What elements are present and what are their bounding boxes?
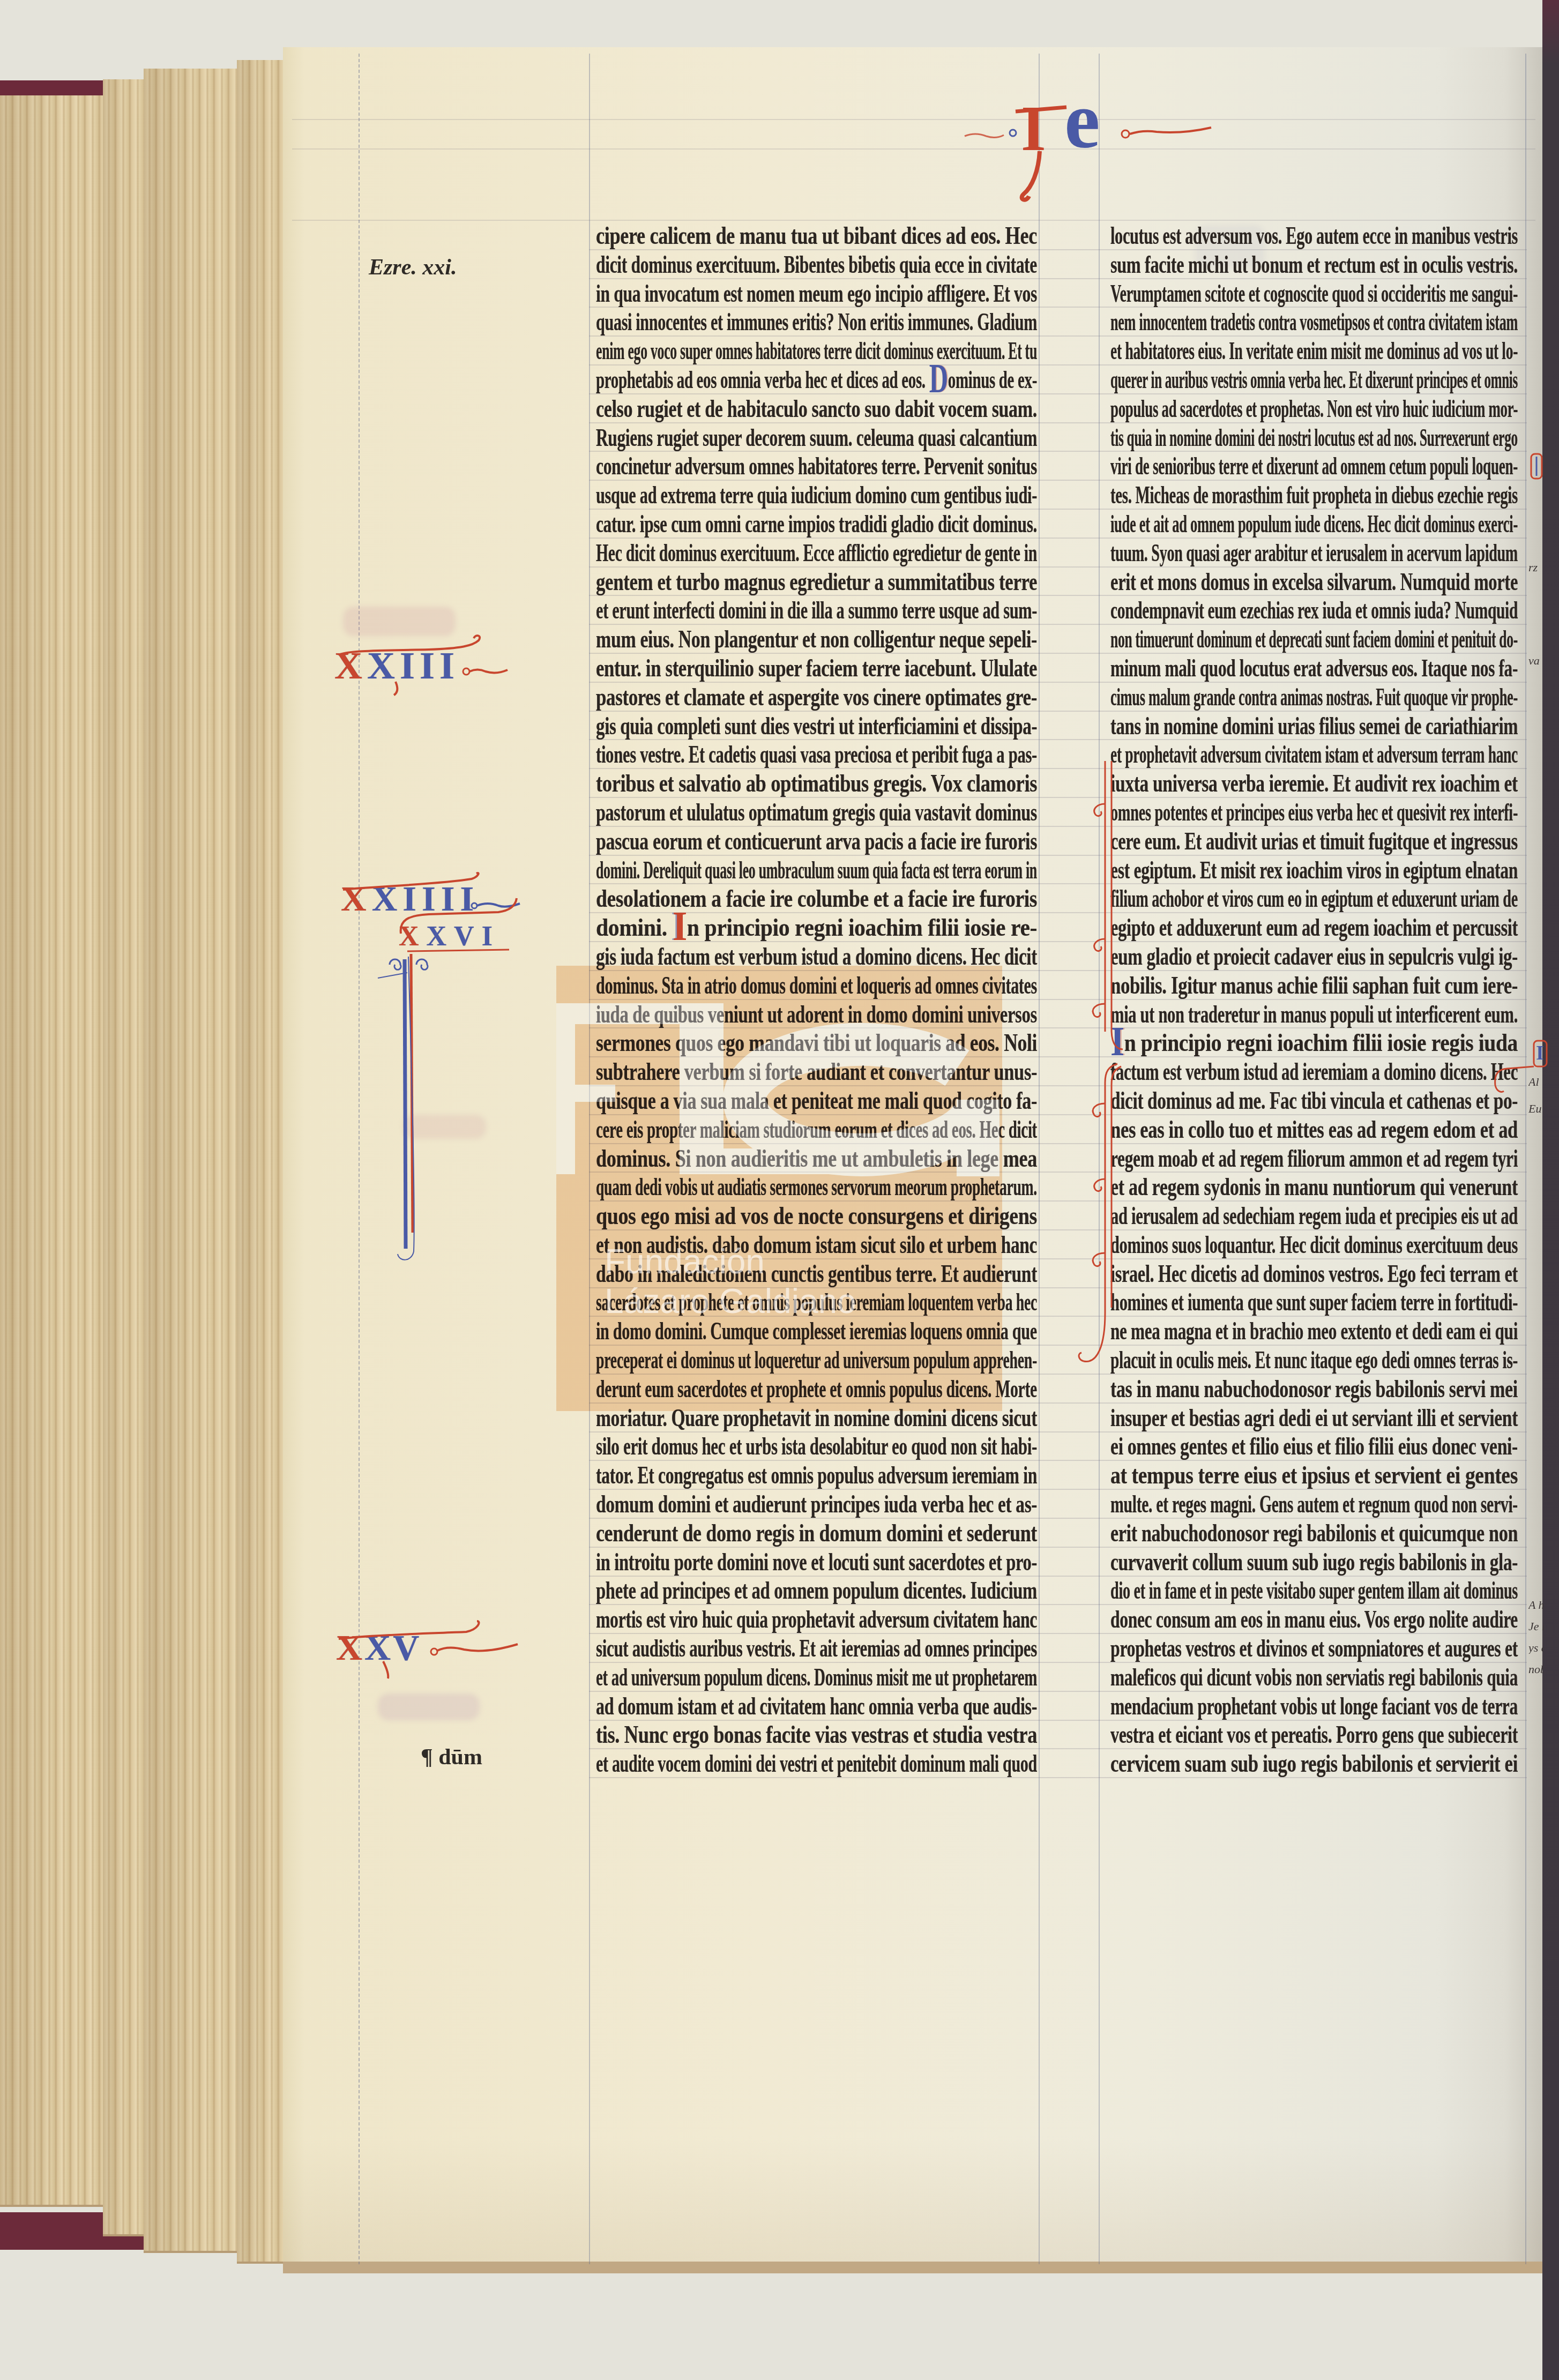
- text-line: Rugiens rugiet super decorem suum. celeu…: [596, 423, 1037, 452]
- line-text: Hec dicit dominus exercituum. Ecce affli…: [596, 539, 1037, 568]
- text-line: derunt eum sacerdotes et prophete et omn…: [596, 1375, 1037, 1404]
- line-text: domini. Dereliquit quasi leo umbraculum …: [596, 856, 1037, 885]
- text-line: tiones vestre. Et cadetis quasi vasa pre…: [596, 740, 1037, 769]
- text-line: prophetabis ad eos omnia verba hec et di…: [596, 365, 1037, 394]
- line-text: ad domum istam et ad civitatem hanc omni…: [596, 1692, 1037, 1721]
- text-line: domini. Dereliquit quasi leo umbraculum …: [596, 856, 1037, 885]
- text-line: dicit dominus exercituum. Bibentes bibet…: [596, 250, 1037, 279]
- line-text-post: ominus de ex-: [948, 366, 1037, 393]
- line-text: nes eas in collo tuo et mittes eas ad re…: [1110, 1115, 1518, 1144]
- line-text: mortis est viro huic quia prophetavit ad…: [596, 1605, 1037, 1634]
- text-line: moriatur. Quare prophetavit in nomine do…: [596, 1404, 1037, 1433]
- line-text: et erunt interfecti domini in die illa a…: [596, 596, 1037, 625]
- text-line: donec consum am eos in manu eius. Vos er…: [1110, 1605, 1518, 1634]
- text-line: homines et iumenta que sunt super faciem…: [1110, 1288, 1518, 1317]
- line-text: usque ad extrema terre quia iudicium dom…: [596, 481, 1037, 510]
- line-text: donec consum am eos in manu eius. Vos er…: [1110, 1605, 1518, 1634]
- text-line: in qua invocatum est nomen meum ego inci…: [596, 279, 1037, 308]
- line-text: sermones quos ego mandavi tibi ut loquar…: [596, 1028, 1037, 1057]
- text-line: enim ego voco super omnes habitatores te…: [596, 337, 1037, 365]
- line-text: quisque a via sua mala et peniteat me ma…: [596, 1086, 1037, 1115]
- line-text-post: n principio regni ioachim filii iosie re…: [687, 914, 1037, 941]
- margin-note: A hos: [1528, 1599, 1543, 1611]
- line-text: In principio regni ioachim filii iosie r…: [1110, 1028, 1518, 1057]
- margin-note-cross-reference: Ezre. xxi.: [369, 256, 457, 279]
- line-text: homines et iumenta que sunt super faciem…: [1110, 1288, 1518, 1317]
- text-line: iude et ait ad omnem populum iude dicens…: [1110, 510, 1518, 539]
- text-line: et erunt interfecti domini in die illa a…: [596, 596, 1037, 625]
- line-text: populus ad sacerdotes et prophetas. Non …: [1110, 394, 1518, 423]
- text-line: at tempus terre eius et ipsius et servie…: [1110, 1461, 1518, 1490]
- line-text: erit et mons domus in excelsa silvarum. …: [1110, 568, 1518, 596]
- text-line: subtrahere verbum si forte audiant et co…: [596, 1057, 1037, 1086]
- text-line: ad ierusalem ad sedechiam regem iuda et …: [1110, 1202, 1518, 1230]
- line-text: iude et ait ad omnem populum iude dicens…: [1110, 510, 1518, 539]
- ruling-line: [359, 54, 360, 2264]
- line-text: maleficos qui dicunt vobis non serviatis…: [1110, 1663, 1518, 1692]
- line-text: catur. ipse cum omni carne impios tradid…: [596, 510, 1037, 539]
- line-text: tis quia in nomine domini dei nostri loc…: [1110, 423, 1518, 452]
- line-text: iuda de quibus veniunt ut adorent in dom…: [596, 1000, 1037, 1029]
- line-text: moriatur. Quare prophetavit in nomine do…: [596, 1404, 1037, 1433]
- text-line: tis. Nunc ergo bonas facite vias vestras…: [596, 1720, 1037, 1749]
- line-text: et prophetavit adversum civitatem istam …: [1110, 740, 1518, 769]
- text-line: erit nabuchodonosor regi babilonis et qu…: [1110, 1519, 1518, 1548]
- line-text: tiones vestre. Et cadetis quasi vasa pre…: [596, 740, 1037, 769]
- line-text: sicut audistis auribus vestris. Et ait i…: [596, 1634, 1037, 1663]
- margin-note: Eu: [1528, 1103, 1543, 1115]
- margin-note: Al: [1528, 1076, 1543, 1088]
- line-text: viri de senioribus terre et dixerunt ad …: [1110, 452, 1518, 481]
- line-text: filium achobor et viros cum eo in egiptu…: [1110, 884, 1518, 913]
- line-text: ne mea magna et in brachio meo extento e…: [1110, 1317, 1518, 1346]
- line-text: preceperat ei dominus ut loqueretur ad u…: [596, 1346, 1037, 1375]
- line-text: derunt eum sacerdotes et prophete et omn…: [596, 1375, 1037, 1404]
- text-line: sicut audistis auribus vestris. Et ait i…: [596, 1634, 1037, 1663]
- text-line: phete ad principes et ad omnem populum d…: [596, 1576, 1037, 1605]
- line-text: nobilis. Igitur manus achie filii saphan…: [1110, 971, 1518, 1000]
- text-line: nes eas in collo tuo et mittes eas ad re…: [1110, 1115, 1518, 1144]
- text-line: cere eis propter maliciam studiorum eoru…: [596, 1115, 1037, 1144]
- text-line: pastorum et ululatus optimatum gregis qu…: [596, 798, 1037, 827]
- line-text: cervicem suam sub iugo regis babilonis e…: [1110, 1749, 1518, 1778]
- line-text: regem moab et ad regem filiorum ammon et…: [1110, 1144, 1518, 1173]
- paragraph-marker: I: [1536, 1043, 1551, 1063]
- text-line: domum domini et audierunt principes iuda…: [596, 1490, 1037, 1519]
- text-line: usque ad extrema terre quia iudicium dom…: [596, 481, 1037, 510]
- line-text: Rugiens rugiet super decorem suum. celeu…: [596, 423, 1037, 452]
- line-text: quam dedi vobis ut audiatis sermones ser…: [596, 1173, 1037, 1202]
- line-text: cere eum. Et audivit urias et timuit fug…: [1110, 827, 1518, 856]
- margin-note: ys ca: [1528, 1642, 1543, 1654]
- page-stack-edge: [0, 95, 103, 2207]
- line-text: non timuerunt dominum et deprecati sunt …: [1110, 625, 1518, 654]
- line-text: tator. Et congregatus est omnis populus …: [596, 1461, 1037, 1490]
- text-line: quam dedi vobis ut audiatis sermones ser…: [596, 1173, 1037, 1202]
- text-line: non timuerunt dominum et deprecati sunt …: [1110, 625, 1518, 654]
- line-text: phete ad principes et ad omnem populum d…: [596, 1576, 1037, 1605]
- text-line: cervicem suam sub iugo regis babilonis e…: [1110, 1749, 1518, 1778]
- line-text: in introitu porte domini nove et locuti …: [596, 1548, 1037, 1577]
- line-text: et habitatores eius. In veritate enim mi…: [1110, 337, 1518, 365]
- chapter-marker-xxiii: XXIII: [334, 646, 459, 685]
- line-text: nem innocentem tradetis contra vosmetips…: [1110, 308, 1518, 337]
- page-stack-edge: [237, 60, 285, 2264]
- line-text: gis iuda factum est verbum istud a domin…: [596, 942, 1037, 971]
- line-text: domum domini et audierunt principes iuda…: [596, 1490, 1037, 1519]
- text-line: In principio regni ioachim filii iosie r…: [1110, 1028, 1518, 1057]
- line-text: egipto et adduxerunt eum ad regem ioachi…: [1110, 913, 1518, 942]
- catchword: ¶ dūm: [421, 1746, 482, 1769]
- text-line: et habitatores eius. In veritate enim mi…: [1110, 337, 1518, 365]
- line-text: minum mali quod locutus erat adversus eo…: [1110, 654, 1518, 683]
- line-text: querer in auribus vestris omnia verba he…: [1110, 365, 1518, 394]
- text-line: iuda de quibus veniunt ut adorent in dom…: [596, 1000, 1037, 1029]
- text-line: et prophetavit adversum civitatem istam …: [1110, 740, 1518, 769]
- line-text: at tempus terre eius et ipsius et servie…: [1110, 1461, 1518, 1490]
- text-line: gis iuda factum est verbum istud a domin…: [596, 942, 1037, 971]
- line-text: pascua eorum et conticuerunt arva pacis …: [596, 827, 1037, 856]
- line-text: mum eius. Non plangentur et non colligen…: [596, 625, 1037, 654]
- text-line: est egiptum. Et misit rex ioachim viros …: [1110, 856, 1518, 885]
- text-line: Hec dicit dominus exercituum. Ecce affli…: [596, 539, 1037, 568]
- line-text: Verumptamen scitote et cognoscite quod s…: [1110, 279, 1518, 308]
- line-text: concinetur adversum omnes habitatores te…: [596, 452, 1037, 481]
- line-text: tans in nomine domini urias filius semei…: [1110, 712, 1518, 741]
- text-line: vestra et eiciant vos et pereatis. Porro…: [1110, 1720, 1518, 1749]
- show-through-mark: [343, 607, 456, 636]
- line-text: dio et in fame et in peste visitabo supe…: [1110, 1576, 1518, 1605]
- chapter-marker-xxv: XXV: [336, 1629, 421, 1666]
- watermark-text-line-1: Fundación: [605, 1244, 765, 1279]
- line-text: est egiptum. Et misit rex ioachim viros …: [1110, 856, 1518, 885]
- ruling-line: [292, 220, 1535, 221]
- text-line: prophetas vestros et divinos et sompniat…: [1110, 1634, 1518, 1663]
- text-line: locutus est adversum vos. Ego autem ecce…: [1110, 221, 1518, 250]
- line-text: prophetabis ad eos omnia verba hec et di…: [596, 365, 1037, 394]
- text-line: multe. et reges magni. Gens autem et reg…: [1110, 1490, 1518, 1519]
- chapter-marker-xxvi: XXVI: [399, 923, 500, 951]
- text-line: cipere calicem de manu tua ut bibant dic…: [596, 221, 1037, 250]
- text-line: toribus et salvatio ab optimatibus gregi…: [596, 769, 1037, 798]
- text-line: pascua eorum et conticuerunt arva pacis …: [596, 827, 1037, 856]
- text-line: ei omnes gentes et filio eius et filio f…: [1110, 1432, 1518, 1461]
- chapter-marker-xxiiii: XXIIII: [341, 882, 479, 917]
- margin-note: Je hec: [1528, 1621, 1543, 1632]
- line-text: prophetas vestros et divinos et sompniat…: [1110, 1634, 1518, 1663]
- text-line: filium achobor et viros cum eo in egiptu…: [1110, 884, 1518, 913]
- margin-note: va: [1528, 655, 1543, 667]
- text-line: regem moab et ad regem filiorum ammon et…: [1110, 1144, 1518, 1173]
- text-line: et audite vocem domini dei vestri et pen…: [596, 1749, 1037, 1778]
- line-text: toribus et salvatio ab optimatibus gregi…: [596, 769, 1037, 798]
- line-text: cimus malum grande contra animas nostras…: [1110, 683, 1518, 712]
- text-line: tis quia in nomine domini dei nostri loc…: [1110, 423, 1518, 452]
- text-line: omnes potentes et principes eius verba h…: [1110, 798, 1518, 827]
- line-text: tuum. Syon quasi ager arabitur et ierusa…: [1110, 539, 1518, 568]
- text-line: domini. In principio regni ioachim filii…: [596, 913, 1037, 942]
- margin-note: rz: [1528, 562, 1543, 573]
- book-spine-edge: [1542, 0, 1559, 2380]
- text-line: ad domum istam et ad civitatem hanc omni…: [596, 1692, 1037, 1721]
- line-text: celso rugiet et de habitaculo sancto suo…: [596, 394, 1037, 423]
- line-text: cere eis propter maliciam studiorum eoru…: [596, 1115, 1037, 1144]
- text-line: in domo domini. Cumque complesset ieremi…: [596, 1317, 1037, 1346]
- text-line: tans in nomine domini urias filius semei…: [1110, 712, 1518, 741]
- text-line: quos ego misi ad vos de nocte consurgens…: [596, 1202, 1037, 1230]
- line-text: sum facite michi ut bonum et rectum est …: [1110, 250, 1518, 279]
- text-line: tator. Et congregatus est omnis populus …: [596, 1461, 1037, 1490]
- text-line: Verumptamen scitote et cognoscite quod s…: [1110, 279, 1518, 308]
- line-text: dominus. Sta in atrio domus domini et lo…: [596, 971, 1037, 1000]
- line-text: silo erit domus hec et urbs ista desolab…: [596, 1432, 1037, 1461]
- line-text: locutus est adversum vos. Ego autem ecce…: [1110, 221, 1518, 250]
- text-line: quasi innocentes et immunes eritis? Non …: [596, 308, 1037, 337]
- ruling-line: [292, 119, 1535, 120]
- line-text: ei omnes gentes et filio eius et filio f…: [1110, 1432, 1518, 1461]
- show-through-mark: [378, 1693, 480, 1720]
- text-line: ne mea magna et in brachio meo extento e…: [1110, 1317, 1518, 1346]
- text-line: dominos suos loquantur. Hec dicit dominu…: [1110, 1230, 1518, 1259]
- line-text: cenderunt de domo regis in domum domini …: [596, 1519, 1037, 1548]
- text-line: concinetur adversum omnes habitatores te…: [596, 452, 1037, 481]
- text-line: in introitu porte domini nove et locuti …: [596, 1548, 1037, 1577]
- text-column-1: cipere calicem de manu tua ut bibant dic…: [596, 221, 1037, 1778]
- line-text: et audite vocem domini dei vestri et pen…: [596, 1749, 1037, 1778]
- text-line: cenderunt de domo regis in domum domini …: [596, 1519, 1037, 1548]
- text-line: maleficos qui dicunt vobis non serviatis…: [1110, 1663, 1518, 1692]
- line-text: in qua invocatum est nomen meum ego inci…: [596, 279, 1037, 308]
- text-line: preceperat ei dominus ut loqueretur ad u…: [596, 1346, 1037, 1375]
- line-text: ad ierusalem ad sedechiam regem iuda et …: [1110, 1202, 1518, 1230]
- text-line: desolationem a facie ire columbe et a fa…: [596, 884, 1037, 913]
- text-line: dominus. Si non audieritis me ut ambulet…: [596, 1144, 1037, 1173]
- binding-top: [0, 80, 105, 96]
- show-through-mark: [403, 1115, 486, 1139]
- text-line: erit et mons domus in excelsa silvarum. …: [1110, 568, 1518, 596]
- line-text: insuper et bestias agri dedi ei ut servi…: [1110, 1404, 1518, 1433]
- text-line: et ad universum populum dicens. Dominus …: [596, 1663, 1037, 1692]
- text-line: minum mali quod locutus erat adversus eo…: [1110, 654, 1518, 683]
- line-text: tis. Nunc ergo bonas facite vias vestras…: [596, 1720, 1037, 1749]
- text-line: sermones quos ego mandavi tibi ut loquar…: [596, 1028, 1037, 1057]
- line-text: domini. In principio regni ioachim filii…: [596, 913, 1037, 942]
- text-line: pastores et clamate et aspergite vos cin…: [596, 683, 1037, 712]
- line-text: in domo domini. Cumque complesset ieremi…: [596, 1317, 1037, 1346]
- text-line: eum gladio et proiecit cadaver eius in s…: [1110, 942, 1518, 971]
- text-line: iuxta universa verba ieremie. Et audivit…: [1110, 769, 1518, 798]
- ruling-line: [292, 148, 1535, 150]
- text-line: tuum. Syon quasi ager arabitur et ierusa…: [1110, 539, 1518, 568]
- text-column-2: locutus est adversum vos. Ego autem ecce…: [1110, 221, 1518, 1778]
- text-line: mia ut non traderetur in manus populi ut…: [1110, 1000, 1518, 1029]
- page-stack-edge: [103, 79, 144, 2236]
- line-text: pastores et clamate et aspergite vos cin…: [596, 683, 1037, 712]
- line-text: dominus. Si non audieritis me ut ambulet…: [596, 1144, 1037, 1173]
- running-header-letter-e: e: [1064, 80, 1100, 161]
- text-line: tas in manu nabuchodonosor regis babilon…: [1110, 1375, 1518, 1404]
- line-text: dicit dominus ad me. Fac tibi vincula et…: [1110, 1086, 1518, 1115]
- line-text: enim ego voco super omnes habitatores te…: [596, 337, 1037, 365]
- text-line: egipto et adduxerunt eum ad regem ioachi…: [1110, 913, 1518, 942]
- line-text: dominos suos loquantur. Hec dicit dominu…: [1110, 1230, 1518, 1259]
- line-text: israel. Hec dicetis ad dominos vestros. …: [1110, 1259, 1518, 1288]
- line-text: tes. Micheas de morasthim fuit propheta …: [1110, 481, 1518, 510]
- text-line: sum facite michi ut bonum et rectum est …: [1110, 250, 1518, 279]
- text-line: tes. Micheas de morasthim fuit propheta …: [1110, 481, 1518, 510]
- text-line: mendacium prophetant vobis ut longe faci…: [1110, 1692, 1518, 1721]
- line-text: vestra et eiciant vos et pereatis. Porro…: [1110, 1720, 1518, 1749]
- line-text: subtrahere verbum si forte audiant et co…: [596, 1057, 1037, 1086]
- text-line: querer in auribus vestris omnia verba he…: [1110, 365, 1518, 394]
- line-text: condempnavit eum ezechias rex iuda et om…: [1110, 596, 1518, 625]
- line-text: et ad regem sydonis in manu nuntiorum qu…: [1110, 1173, 1518, 1202]
- text-line: quisque a via sua mala et peniteat me ma…: [596, 1086, 1037, 1115]
- line-text: gis quia completi sunt dies vestri ut in…: [596, 712, 1037, 741]
- text-line: catur. ipse cum omni carne impios tradid…: [596, 510, 1037, 539]
- margin-note: nob s: [1528, 1663, 1543, 1675]
- line-text: et ad universum populum dicens. Dominus …: [596, 1663, 1037, 1692]
- text-line: cimus malum grande contra animas nostras…: [1110, 683, 1518, 712]
- line-text: quasi innocentes et immunes eritis? Non …: [596, 308, 1037, 337]
- text-line: entur. in sterquilinio super faciem terr…: [596, 654, 1037, 683]
- line-text: quos ego misi ad vos de nocte consurgens…: [596, 1202, 1037, 1230]
- line-text: mia ut non traderetur in manus populi ut…: [1110, 1000, 1518, 1029]
- text-line: et ad regem sydonis in manu nuntiorum qu…: [1110, 1173, 1518, 1202]
- text-line: celso rugiet et de habitaculo sancto suo…: [596, 394, 1037, 423]
- line-text: cipere calicem de manu tua ut bibant dic…: [596, 221, 1037, 250]
- line-text: iuxta universa verba ieremie. Et audivit…: [1110, 769, 1518, 798]
- text-line: nobilis. Igitur manus achie filii saphan…: [1110, 971, 1518, 1000]
- text-line: israel. Hec dicetis ad dominos vestros. …: [1110, 1259, 1518, 1288]
- line-text: desolationem a facie ire columbe et a fa…: [596, 884, 1037, 913]
- line-text: multe. et reges magni. Gens autem et reg…: [1110, 1490, 1518, 1519]
- line-text: gentem et turbo magnus egredietur a summ…: [596, 568, 1037, 596]
- text-line: nem innocentem tradetis contra vosmetips…: [1110, 308, 1518, 337]
- text-line: condempnavit eum ezechias rex iuda et om…: [1110, 596, 1518, 625]
- line-text-pre: prophetabis ad eos omnia verba hec et di…: [596, 366, 926, 393]
- text-line: curvaverit collum suum sub iugo regis ba…: [1110, 1548, 1518, 1577]
- line-text: placuit in oculis meis. Et nunc itaque e…: [1110, 1346, 1518, 1375]
- text-line: gentem et turbo magnus egredietur a summ…: [596, 568, 1037, 596]
- text-line: factum est verbum istud ad ieremiam a do…: [1110, 1057, 1518, 1086]
- line-text: omnes potentes et principes eius verba h…: [1110, 798, 1518, 827]
- running-header-letter-i: I: [1021, 96, 1046, 161]
- text-line: mortis est viro huic quia prophetavit ad…: [596, 1605, 1037, 1634]
- watermark-text-line-2: Lázaro Galdiano: [605, 1284, 856, 1318]
- line-text: pastorum et ululatus optimatum gregis qu…: [596, 798, 1037, 827]
- line-text: factum est verbum istud ad ieremiam a do…: [1110, 1057, 1518, 1086]
- page-stack-edge: [144, 69, 237, 2253]
- text-line: dicit dominus ad me. Fac tibi vincula et…: [1110, 1086, 1518, 1115]
- line-text-post: n principio regni ioachim filii iosie re…: [1124, 1029, 1518, 1056]
- text-line: mum eius. Non plangentur et non colligen…: [596, 625, 1037, 654]
- line-text: erit nabuchodonosor regi babilonis et qu…: [1110, 1519, 1518, 1548]
- text-line: insuper et bestias agri dedi ei ut servi…: [1110, 1404, 1518, 1433]
- text-line: placuit in oculis meis. Et nunc itaque e…: [1110, 1346, 1518, 1375]
- text-line: dominus. Sta in atrio domus domini et lo…: [596, 971, 1037, 1000]
- text-line: cere eum. Et audivit urias et timuit fug…: [1110, 827, 1518, 856]
- text-line: silo erit domus hec et urbs ista desolab…: [596, 1432, 1037, 1461]
- line-text: entur. in sterquilinio super faciem terr…: [596, 654, 1037, 683]
- text-line: gis quia completi sunt dies vestri ut in…: [596, 712, 1037, 741]
- text-line: populus ad sacerdotes et prophetas. Non …: [1110, 394, 1518, 423]
- line-text: curvaverit collum suum sub iugo regis ba…: [1110, 1548, 1518, 1577]
- line-text-pre: domini.: [596, 914, 667, 941]
- text-line: viri de senioribus terre et dixerunt ad …: [1110, 452, 1518, 481]
- line-text: mendacium prophetant vobis ut longe faci…: [1110, 1692, 1518, 1721]
- line-text: dicit dominus exercituum. Bibentes bibet…: [596, 250, 1037, 279]
- line-text: eum gladio et proiecit cadaver eius in s…: [1110, 942, 1518, 971]
- text-line: dio et in fame et in peste visitabo supe…: [1110, 1576, 1518, 1605]
- line-text: tas in manu nabuchodonosor regis babilon…: [1110, 1375, 1518, 1404]
